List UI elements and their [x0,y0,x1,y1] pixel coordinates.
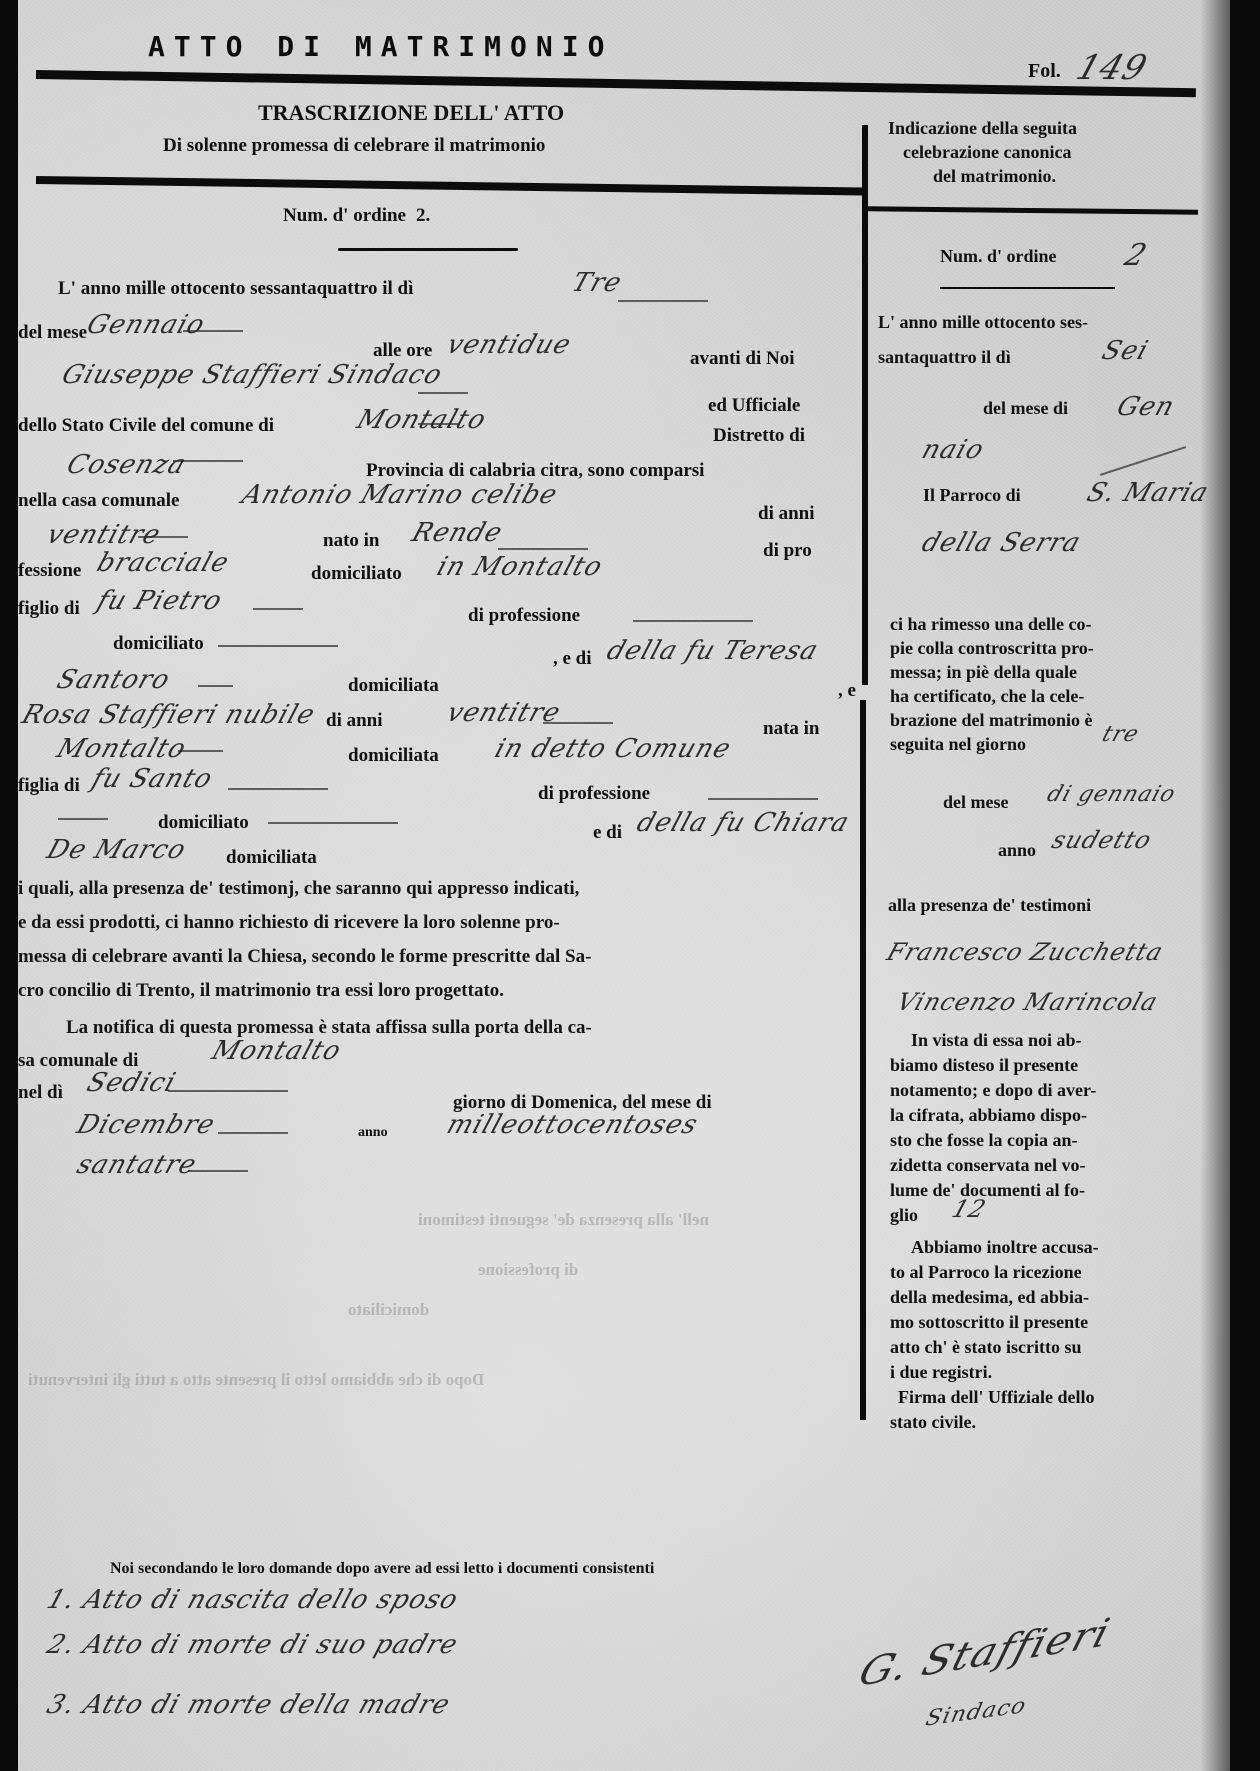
r-day-hand: tre [1099,722,1143,747]
bleed-through-text: di professione [478,1260,578,1280]
l2-print-c: avanti di Noi [690,348,795,370]
document-page: ATTO DI MATRIMONIO Fol. 149 TRASCRIZIONE… [18,0,1230,1771]
l9-print-b: di professione [468,605,580,627]
l10-print-b: , e di [553,648,592,670]
l9-print-a: figlio di [18,598,80,620]
bleed-through-text: domiciliato [348,1300,429,1320]
right-header-line1: Indicazione della seguita [888,118,1077,139]
para2-line5-hand: santatre [73,1150,201,1180]
l13-hand-b: in detto Comune [491,734,735,764]
title-rule [36,70,1196,97]
l12-print-a: di anni [326,710,383,732]
footer-doc-1: 1. Atto di nascita dello sposo [43,1585,462,1615]
r5-hand: S. Maria [1083,478,1213,508]
left-order-number: Num. d' ordine 2. [283,205,430,227]
right-header-line3: del matrimonio. [933,166,1056,187]
r2-hand: Sei [1098,336,1152,366]
official-title: Sindaco [923,1693,1029,1731]
r-para1-line1: ci ha rimesso una delle co- [890,614,1091,635]
bleed-through-text: nell' alla presenza de' seguenti testimo… [418,1210,709,1230]
l7-hand-b: Rende [408,518,506,548]
document-title: ATTO DI MATRIMONIO [148,30,613,63]
left-header-rule [36,176,864,196]
l16-print: domiciliata [226,847,317,869]
r4-hand: naio [918,435,988,465]
l1-print: L' anno mille ottocento sessantaquattro … [58,278,413,300]
r-signature-label1: Firma dell' Uffiziale dello [898,1387,1094,1408]
l12-hand-a: Rosa Staffieri nubile [18,700,319,730]
r-para1-line6: seguita nel giorno [890,734,1026,755]
para2-line3-print-a: nel dì [18,1082,63,1104]
l13-print: domiciliata [348,745,439,767]
r-para2-line2: biamo disteso il presente [890,1055,1078,1076]
l15-print-b: e di [593,822,622,844]
l8-hand-b: in Montalto [433,552,606,582]
l9-hand: fu Pietro [93,586,226,616]
l2-print-b: alle ore [373,340,432,362]
l12-print-b: nata in [763,718,820,740]
para2-line3-hand: Sedici [83,1068,180,1098]
l16-hand: De Marco [43,835,190,865]
right-header-line2: celebrazione canonica [903,142,1071,163]
r-witness1: Francesco Zucchetta [883,938,1167,966]
l11-print: domiciliata [348,675,439,697]
r3-hand: Gen [1113,392,1179,422]
footer-print: Noi secondando le loro domande dopo aver… [110,1560,654,1578]
l3-print: ed Ufficiale [708,395,800,417]
bleed-through-text: Dopo di che abbiamo letto il presente at… [28,1370,484,1390]
l10-print-a: domiciliato [113,633,204,655]
r-witness2: Vincenzo Marincola [893,988,1161,1016]
column-divider-bottom [860,700,866,1420]
l10-hand: della fu Teresa [603,636,822,666]
l3-hand: Giuseppe Staffieri Sindaco [58,360,446,390]
l11-print-b: , e [838,680,856,702]
r-para2-line5: sto che fosse la copia an- [890,1130,1078,1151]
para1-line3: messa di celebrare avanti la Chiesa, sec… [18,946,591,968]
r-para3-line4: mo sottoscritto il presente [890,1312,1088,1333]
r-para2-line3: notamento; e dopo di aver- [890,1080,1096,1101]
r-para2-line8: glio [890,1205,918,1226]
l14-hand: fu Santo [88,764,217,794]
l6-print-b: di anni [758,503,815,525]
para1-line2: e da essi prodotti, ci hanno richiesto d… [18,912,560,934]
l7-hand-a: ventitre [43,520,165,550]
l6-hand: Antonio Marino celibe [238,480,561,510]
folio-label: Fol. [1028,60,1061,83]
l6-print-a: nella casa comunale [18,490,180,512]
folio-number: 149 [1072,48,1153,88]
r-para3-line6: i due registri. [890,1362,992,1383]
r-para3-line3: della medesima, ed abbia- [890,1287,1089,1308]
l2-print-a: del mese [18,322,87,344]
r-month-hand: di gennaio [1044,782,1179,807]
l8-hand-a: bracciale [93,548,233,578]
r-para3-line1: Abbiamo inoltre accusa- [911,1237,1099,1258]
l14-print-b: di professione [538,783,650,805]
para2-line4-hand-b: milleottocentoses [443,1110,702,1140]
order-underline [338,248,518,251]
r-year-print: anno [998,840,1036,861]
l4-hand: Montalto [353,405,490,435]
l2-hand-a: Gennaio [83,310,209,340]
r-month-print: del mese [943,792,1008,813]
l14-print-a: figlia di [18,775,80,797]
r-para1-line4: ha certificato, che la cele- [890,686,1084,707]
official-signature: G. Staffieri [854,1610,1116,1696]
r6-hand: della Serra [918,528,1085,558]
l15-print-a: domiciliato [158,812,249,834]
right-order-label: Num. d' ordine [940,246,1057,267]
right-order-underline [940,287,1115,289]
para2-line4-print: anno [358,1125,388,1141]
l5-hand: Cosenza [63,450,190,480]
left-header-subtitle: Di solenne promessa di celebrare il matr… [163,135,545,157]
l7-print-b: di pro [763,540,812,562]
r-year-hand: sudetto [1048,826,1155,854]
para1-line1: i quali, alla presenza de' testimonj, ch… [18,878,579,900]
para1-line4: cro concilio di Trento, il matrimonio tr… [18,980,504,1002]
l11-hand: Santoro [53,665,174,695]
footer-doc-3: 3. Atto di morte della madre [43,1690,454,1720]
r1: L' anno mille ottocento ses- [878,312,1088,333]
r-para2-line6: zidetta conservata nel vo- [890,1155,1085,1176]
r-para1-line2: pie colla controscritta pro- [890,638,1094,659]
l7-print-a: nato in [323,530,380,552]
l8-print-b: domiciliato [311,563,402,585]
r-para2-line1: In vista di essa noi ab- [911,1030,1082,1051]
l5-print: Provincia di calabria citra, sono compar… [366,460,704,482]
r3-print: del mese di [983,398,1068,419]
l4-print-b: Distretto di [713,425,805,447]
l8-print-a: fessione [18,560,81,582]
r-para2-line4: la cifrata, abbiamo dispo- [890,1105,1087,1126]
footer-doc-2: 2. Atto di morte di suo padre [43,1630,462,1660]
para2-line2-hand: Montalto [208,1036,345,1066]
r-para1-line3: messa; in piè della quale [890,662,1077,683]
r-witness-label: alla presenza de' testimoni [888,895,1091,916]
l15-hand: della fu Chiara [633,808,853,838]
r-signature-label2: stato civile. [890,1412,976,1433]
r-para1-line5: brazione del matrimonio è [890,710,1092,731]
left-header-title: TRASCRIZIONE DELL' ATTO [258,100,564,126]
l13-hand-a: Montalto [53,734,190,764]
l2-hand-b: ventidue [443,330,575,360]
l4-print-a: dello Stato Civile del comune di [18,415,274,437]
r2-print: santaquattro il dì [878,347,1011,368]
r5-print: Il Parroco di [923,485,1021,506]
para2-line4-hand-a: Dicembre [73,1110,219,1140]
l1-hand: Tre [568,268,626,298]
right-header-rule [868,206,1198,214]
r-para3-line2: to al Parroco la ricezione [890,1262,1082,1283]
right-order-number: 2 [1120,238,1151,273]
r-para3-line5: atto ch' è stato iscritto su [890,1337,1081,1358]
